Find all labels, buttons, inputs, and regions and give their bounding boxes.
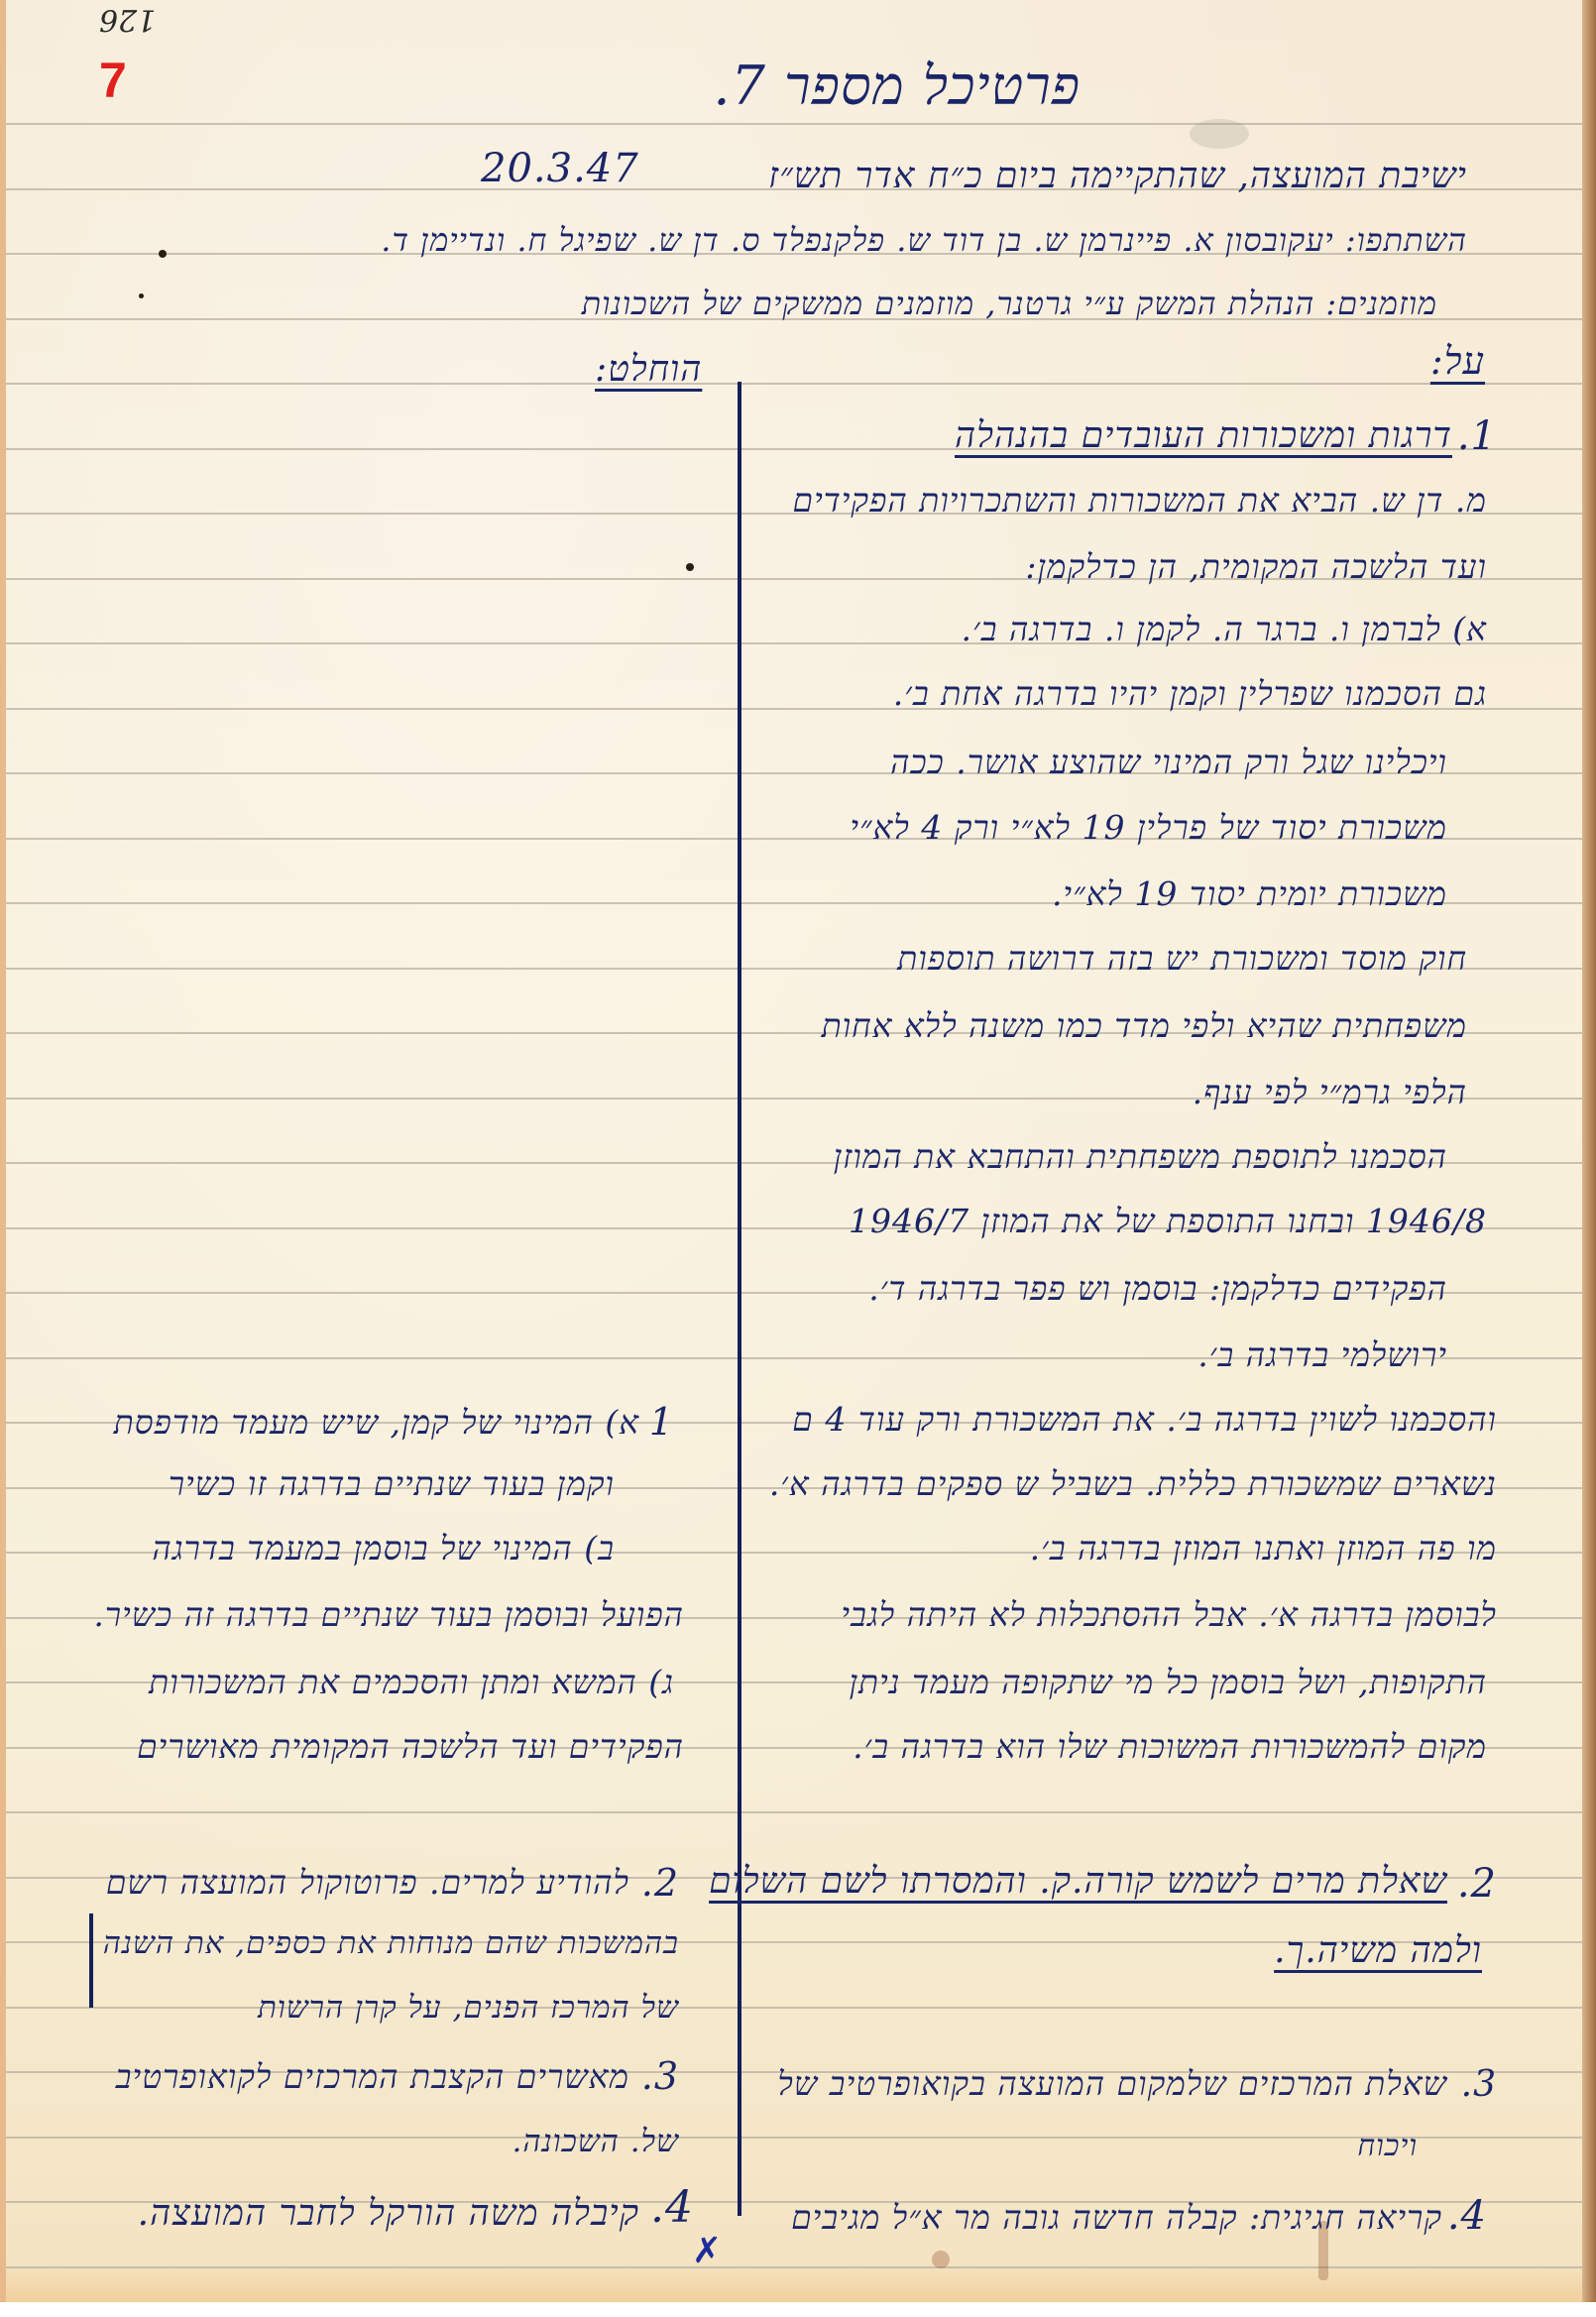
decision-line: ב) המינוי של בוסמן במעמד בדרגה bbox=[152, 1532, 615, 1564]
ink-dot bbox=[159, 250, 167, 258]
topic-line: והסכמנו לשוין בדרגה ב׳. את המשכורת ורק ע… bbox=[792, 1403, 1497, 1436]
page-binding-edge bbox=[1582, 0, 1596, 2302]
decision-line: מאשרים הקצבת המרכזים לקואופרטיב bbox=[116, 2060, 629, 2093]
topic-line: הסכמנו לתוספת משפחתית והתחבא את המוזן bbox=[834, 1140, 1447, 1173]
topic-heading: שאלת המרכזים שלמקום המועצה בקואופרטיב של bbox=[777, 2067, 1447, 2100]
topic-line: א) לברמן ו. ברגר ה. לקמן ו. בדרגה ב׳. bbox=[962, 613, 1488, 645]
margin-mark bbox=[89, 1913, 93, 2008]
ruled-line bbox=[6, 123, 1582, 125]
check-mark-icon: ✗ bbox=[692, 2231, 722, 2271]
decision-line: של המרכז הפנים, על קרן הרשות bbox=[258, 1993, 679, 2024]
column-divider bbox=[738, 382, 741, 2216]
topic-line: ויכוח bbox=[1357, 2132, 1418, 2161]
meeting-date: 20.3.47 bbox=[481, 149, 639, 188]
topic-line: חוק מוסד ומשכורת יש בזה דרושה תוספות bbox=[897, 942, 1467, 975]
page-number-stamp: 7 bbox=[99, 52, 127, 109]
topic-line: מו פה המוזן ואתנו המוזן בדרגה ב׳. bbox=[1030, 1532, 1497, 1564]
decisions-column-header: הוחלט: bbox=[595, 352, 702, 388]
topic-line: ירושלמי בדרגה ב׳. bbox=[1197, 1338, 1447, 1371]
decision-number: 4. bbox=[650, 2186, 694, 2230]
decision-number: 1 bbox=[649, 1403, 674, 1441]
decision-line: קיבלה משה הורקל לחבר המועצה. bbox=[138, 2196, 639, 2232]
topic-line: ולמה משיה.ך. bbox=[1274, 1933, 1482, 1969]
topic-line: גם הסכמנו שפרלין וקמן יהיו בדרגה אחת ב׳. bbox=[893, 677, 1487, 710]
topic-line: לבוסמן בדרגה א׳. אבל ההסתכלות לא היתה לג… bbox=[841, 1598, 1497, 1631]
ruled-line bbox=[6, 2007, 1582, 2009]
ink-dot bbox=[686, 563, 694, 571]
ruled-line bbox=[6, 383, 1582, 385]
topic-line: מ. דן ש. הביא את המשכורות והשתכרויות הפק… bbox=[792, 484, 1487, 517]
topic-number: 3. bbox=[1461, 2067, 1497, 2103]
archive-number: 126 bbox=[99, 2, 156, 37]
decision-line: הפקידים ועד הלשכה המקומית מאושרים bbox=[137, 1730, 684, 1763]
stain bbox=[1190, 119, 1249, 149]
guests-line: מוזמנים: הנהלת המשק ע״י גרטנר, מוזמנים מ… bbox=[582, 288, 1437, 319]
topic-line: ויכלינו שגל ורק המינוי שהוצע אושר. ככה bbox=[890, 746, 1447, 778]
topic-number: 4. bbox=[1447, 2196, 1487, 2236]
topic-line: הלפי גרמ״י לפי ענף. bbox=[1193, 1076, 1467, 1108]
topic-line: ועד הלשכה המקומית, הן כדלקמן: bbox=[1025, 550, 1487, 583]
topic-line: משפחתית שהיא ולפי מדד כמו משנה ללא אחות bbox=[822, 1009, 1467, 1042]
topic-line: הפקידים כדלקמן: בוסמן וש פפר בדרגה ד׳. bbox=[868, 1272, 1447, 1305]
ink-dot bbox=[139, 293, 144, 298]
topic-line: משכורת יסוד של פרלין 19 לא״י ורק 4 לא״י bbox=[850, 811, 1447, 844]
topic-line: משכורת יומית יסוד 19 לא״י. bbox=[1052, 877, 1447, 910]
topic-heading: קריאה חגיגית: קבלה חדשה גובה מר א״ל מגיב… bbox=[791, 2201, 1442, 2234]
ruled-line bbox=[6, 2266, 1582, 2268]
topic-heading: דרגות ומשכורות העובדים בהנהלה bbox=[955, 418, 1452, 454]
decision-line: א) המינוי של קמן, שיש מעמד מודפסת bbox=[114, 1406, 639, 1439]
ruled-line bbox=[6, 1811, 1582, 1813]
meeting-line: ישיבת המועצה, שהתקיימה ביום כ״ח אדר תש״ז bbox=[768, 159, 1467, 194]
topics-column-header: על: bbox=[1430, 342, 1485, 380]
decision-line: הפועל ובוסמן בעוד שנתיים בדרגה זה כשיר. bbox=[93, 1598, 684, 1631]
decision-number: 2. bbox=[641, 1864, 679, 1902]
decision-line: להודיע למרים. פרוטוקול המועצה רשם bbox=[106, 1866, 629, 1899]
decision-line: בהמשכות שהם מנוחות את כספים, את השנה bbox=[103, 1928, 679, 1959]
topic-line: מקום להמשכורות המשוכות שלו הוא בדרגה ב׳. bbox=[853, 1730, 1487, 1763]
topic-number: 1. bbox=[1457, 416, 1497, 456]
decision-number: 3. bbox=[641, 2057, 679, 2095]
topic-line: 1946/8 ובחנו התוספת של את המוזן 1946/7 bbox=[849, 1205, 1487, 1237]
topic-heading: שאלת מרים לשמש קורה.ק. והמסרתו לשם השלום bbox=[709, 1864, 1447, 1900]
stain bbox=[932, 2251, 950, 2268]
decision-line: של. השכונה. bbox=[513, 2127, 679, 2157]
topic-line: נשארים שמשכורת כללית. בשביל ש ספקים בדרג… bbox=[769, 1467, 1497, 1500]
decision-line: ג) המשא ומתן והסכמים את המשכורות bbox=[149, 1666, 674, 1698]
ruled-line bbox=[6, 2137, 1582, 2139]
protocol-title: פרטיכל מספר 7. bbox=[713, 59, 1081, 113]
topic-number: 2. bbox=[1457, 1864, 1497, 1904]
decision-line: וקמן בעוד שנתיים בדרגה זו כשיר bbox=[169, 1467, 615, 1500]
topic-line: התקופות, ושל בוסמן כל מי שתקופה מעמד נית… bbox=[850, 1666, 1487, 1698]
participants-line: השתתפו: יעקובסון א. פיינרמן ש. בן דוד ש.… bbox=[381, 224, 1467, 256]
